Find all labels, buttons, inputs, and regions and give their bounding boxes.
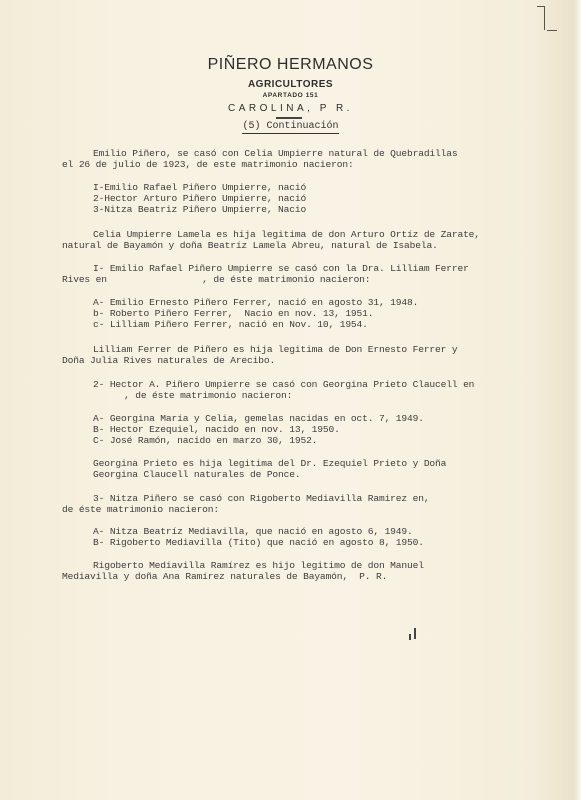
document-page: PIÑERO HERMANOS AGRICULTORES APARTADO 15… bbox=[0, 0, 581, 800]
text-line: b- Roberto Piñero Ferrer, Nacio en nov. … bbox=[93, 308, 373, 319]
text-line: Rigoberto Mediavilla Ramírez es hijo leg… bbox=[93, 560, 424, 571]
text-line: A- Emilio Ernesto Piñero Ferrer, nació e… bbox=[93, 297, 418, 308]
stray-mark bbox=[409, 634, 411, 640]
letterhead-divider bbox=[276, 117, 302, 119]
letterhead-occupation: AGRICULTORES bbox=[0, 79, 581, 90]
subtitle-text: (5) Continuación bbox=[242, 121, 338, 134]
text-line: 3-Nitza Beatriz Piñero Umpierre, Nacio bbox=[93, 204, 306, 215]
letterhead-city: CAROLINA, P R. bbox=[0, 103, 581, 114]
text-line: 3- Nitza Piñero se casó con Rigoberto Me… bbox=[93, 493, 429, 504]
letterhead-po-box: APARTADO 151 bbox=[0, 92, 581, 99]
text-line: I- Emilio Rafael Piñero Umpierre se casó… bbox=[93, 263, 469, 274]
text-line: , de éste matrimonio nacieron: bbox=[124, 390, 292, 401]
text-line: c- Lilliam Piñero Ferrer, nació en Nov. … bbox=[93, 319, 368, 330]
page-subtitle: (5) Continuación bbox=[0, 121, 581, 132]
text-line: 2-Hector Arturo Piñero Umpierre, nació bbox=[93, 193, 306, 204]
text-line: Rives en , de éste matrimonio nacieron: bbox=[62, 274, 370, 285]
text-line: natural de Bayamón y doña Beatríz Lamela… bbox=[62, 240, 438, 251]
text-line: Georgina Prieto es hija legitima del Dr.… bbox=[93, 458, 446, 469]
text-line: A- Georgina María y Celia, gemelas nacid… bbox=[93, 413, 424, 424]
text-line: el 26 de julio de 1923, de este matrimon… bbox=[62, 159, 354, 170]
text-line: 2- Hector A. Piñero Umpierre se casó con… bbox=[93, 379, 474, 390]
text-line: Georgina Claucell naturales de Ponce. bbox=[93, 469, 300, 480]
corner-bracket-mark bbox=[544, 6, 555, 30]
page-edge bbox=[573, 0, 581, 800]
letterhead-company: PIÑERO HERMANOS bbox=[0, 56, 581, 74]
text-line: Doña Julia Rives naturales de Arecibo. bbox=[62, 355, 275, 366]
text-line: A- Nitza Beatríz Mediavilla, que nació e… bbox=[93, 526, 413, 537]
stray-mark bbox=[414, 628, 416, 639]
text-line: C- José Ramón, nacido en marzo 30, 1952. bbox=[93, 435, 317, 446]
text-line: I-Emilio Rafael Piñero Umpierre, nació bbox=[93, 182, 306, 193]
text-line: Mediavilla y doña Ana Ramírez naturales … bbox=[62, 571, 387, 582]
text-line: B- Rigoberto Mediavilla (Tito) que nació… bbox=[93, 537, 424, 548]
text-line: Lilliam Ferrer de Piñero es hija legitim… bbox=[93, 344, 457, 355]
text-line: de éste matrimonio nacieron: bbox=[62, 504, 219, 515]
text-line: B- Hector Ezequiel, nacido en nov. 13, 1… bbox=[93, 424, 340, 435]
text-line: Emilio Piñero, se casó con Celia Umpierr… bbox=[93, 148, 457, 159]
text-line: Celia Umpierre Lamela es hija legitima d… bbox=[93, 229, 480, 240]
